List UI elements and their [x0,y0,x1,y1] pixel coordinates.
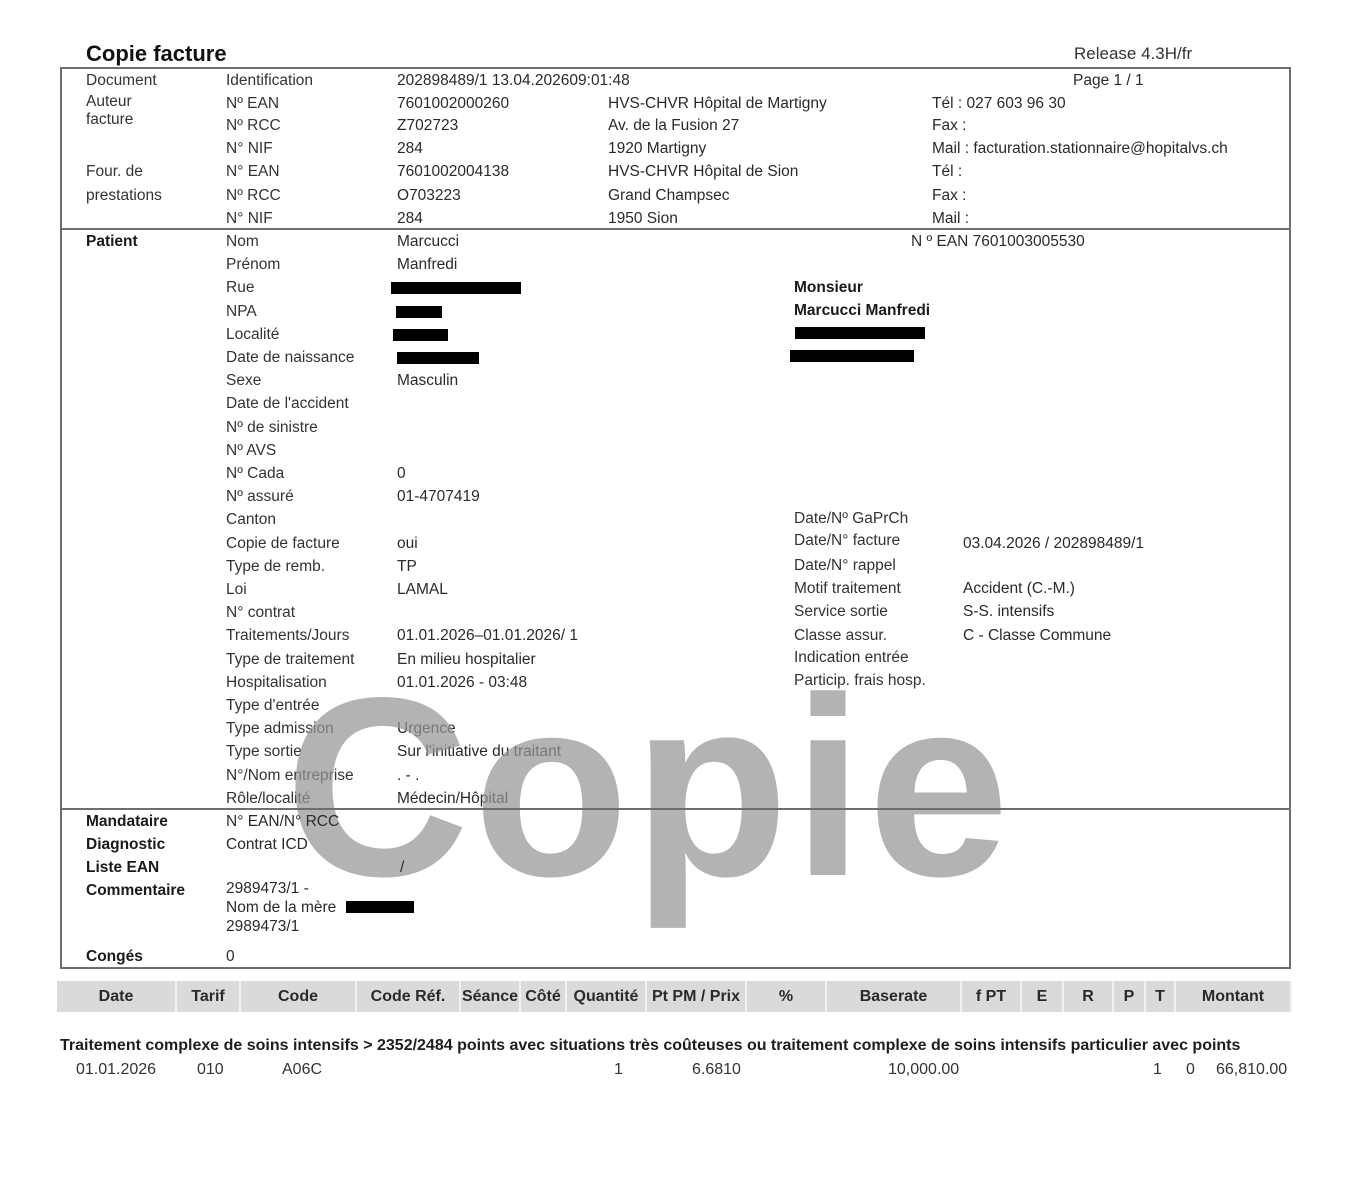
fournisseur-address-line: HVS-CHVR Hôpital de Sion [608,164,798,180]
page-number: Page 1 / 1 [1073,73,1144,89]
fournisseur-field-label: N° NIF [226,211,273,227]
patient-field-label: Hospitalisation [226,675,327,691]
patient-field-label: Date de naissance [226,350,354,366]
patient-field-value: 01.01.2026 - 03:48 [397,675,527,691]
fournisseur-address-line: Grand Champsec [608,188,729,204]
patient-field-label: Prénom [226,257,280,273]
auteur-label-2: facture [86,112,133,128]
fournisseur-address-line: 1950 Sion [608,211,678,227]
auteur-address-line: 1920 Martigny [608,141,706,157]
patient-field-value: Sur l'initiative du traitant [397,744,561,760]
patient-field-label: Rôle/localité [226,791,310,807]
patient-field-label: Type de remb. [226,559,325,575]
invoice-field-label: Classe assur. [794,628,887,644]
diagnostic-label: Diagnostic [86,837,165,853]
auteur-address-line: HVS-CHVR Hôpital de Martigny [608,96,827,112]
patient-field-label: Date de l'accident [226,396,349,412]
service-cell-t: 0 [1186,1062,1195,1078]
invoice-field-label: Date/Nº GaPrCh [794,511,908,527]
auteur-field-label: N° NIF [226,141,273,157]
redacted-value [397,352,479,364]
auteur-contact-line: Tél : 027 603 96 30 [932,96,1066,112]
invoice-field-value: 03.04.2026 / 202898489/1 [963,536,1144,552]
column-header: Pt PM / Prix [647,981,747,1012]
patient-field-value: Masculin [397,373,458,389]
services-table-header: DateTarifCodeCode Réf.SéanceCôtéQuantité… [57,981,1292,1012]
column-header: Montant [1176,981,1292,1012]
patient-field-label: Sexe [226,373,261,389]
invoice-field-label: Service sortie [794,604,888,620]
fournisseur-contact-line: Mail : [932,211,969,227]
column-header: Date [57,981,177,1012]
invoice-field-label: Particip. frais hosp. [794,673,926,689]
patient-field-label: Nº Cada [226,466,284,482]
redacted-value [391,282,521,294]
patient-field-label: Type sortie [226,744,302,760]
patient-field-value: 01-4707419 [397,489,480,505]
patient-ean: N º EAN 7601003005530 [911,234,1085,250]
invoice-field-label: Date/N° rappel [794,558,896,574]
fournisseur-contact-line: Tél : [932,164,962,180]
patient-field-label: Traitements/Jours [226,628,349,644]
invoice-field-value: C - Classe Commune [963,628,1111,644]
column-header: T [1146,981,1176,1012]
column-header: Baserate [827,981,962,1012]
patient-field-value: 01.01.2026–01.01.2026/ 1 [397,628,578,644]
liste-ean-value: / [400,860,404,876]
fournisseur-label-2: prestations [86,188,162,204]
identification-label: Identification [226,73,313,89]
service-cell-quantite: 1 [614,1062,623,1078]
invoice-field-label: Date/N° facture [794,533,900,549]
patient-field-value: Manfredi [397,257,457,273]
release-version: Release 4.3H/fr [1074,45,1192,62]
service-cell-code: A06C [282,1062,322,1078]
column-header: f PT [962,981,1022,1012]
commentaire-line-1: 2989473/1 - [226,881,309,897]
recipient-salutation: Monsieur [794,280,863,296]
column-header: Code [241,981,357,1012]
service-cell-tarif: 010 [197,1062,224,1078]
column-header: R [1064,981,1114,1012]
patient-field-label: N°/Nom entreprise [226,768,354,784]
auteur-contact-line: Mail : facturation.stationnaire@hopitalv… [932,141,1228,157]
patient-field-label: Rue [226,280,254,296]
patient-field-label: Type de traitement [226,652,354,668]
redacted-value [396,306,442,318]
fournisseur-field-value: 7601002004138 [397,164,509,180]
patient-field-value: LAMAL [397,582,448,598]
liste-ean-label: Liste EAN [86,860,159,876]
patient-field-label: Localité [226,327,279,343]
commentaire-line-2: Nom de la mère [226,900,336,916]
redacted-value [393,329,448,341]
patient-field-value: Médecin/Hôpital [397,791,508,807]
auteur-contact-line: Fax : [932,118,966,134]
invoice-field-value: Accident (C.-M.) [963,581,1075,597]
column-header: Code Réf. [357,981,461,1012]
document-label: Document [86,73,157,89]
column-header: Séance [461,981,521,1012]
fournisseur-label-1: Four. de [86,164,143,180]
service-group-description: Traitement complexe de soins intensifs >… [60,1038,1240,1054]
fournisseur-field-value: 284 [397,211,423,227]
recipient-city-redacted [790,350,914,362]
mandataire-value: N° EAN/N° RCC [226,814,339,830]
patient-field-label: Nº AVS [226,443,276,459]
patient-field-label: Nom [226,234,259,250]
invoice-field-label: Indication entrée [794,650,909,666]
patient-field-value: Marcucci [397,234,459,250]
patient-field-value: . - . [397,768,419,784]
patient-field-label: Nº de sinistre [226,420,318,436]
patient-field-label: Canton [226,512,276,528]
invoice-field-value: S-S. intensifs [963,604,1054,620]
identification-value: 202898489/1 13.04.202609:01:48 [397,73,630,89]
auteur-field-value: 284 [397,141,423,157]
service-cell-date: 01.01.2026 [76,1062,156,1078]
auteur-address-line: Av. de la Fusion 27 [608,118,739,134]
patient-field-value: En milieu hospitalier [397,652,536,668]
service-cell-baserate: 10,000.00 [888,1062,959,1078]
patient-field-value: TP [397,559,417,575]
patient-field-label: Loi [226,582,247,598]
patient-field-label: Type d'entrée [226,698,319,714]
service-cell-montant: 66,810.00 [1216,1062,1287,1078]
diagnostic-value: Contrat ICD [226,837,308,853]
invoice-field-label: Motif traitement [794,581,901,597]
column-header: Côté [521,981,567,1012]
service-cell-pt-pm-prix: 6.6810 [692,1062,741,1078]
column-header: % [747,981,827,1012]
column-header: E [1022,981,1064,1012]
mandataire-label: Mandataire [86,814,168,830]
commentaire-line-3: 2989473/1 [226,919,299,935]
auteur-field-label: Nº RCC [226,118,281,134]
conges-value: 0 [226,949,235,965]
column-header: Tarif [177,981,241,1012]
patient-field-value: oui [397,536,418,552]
auteur-label-1: Auteur [86,94,132,110]
column-header: P [1114,981,1146,1012]
recipient-street-redacted [795,327,925,339]
commentaire-label: Commentaire [86,883,185,899]
auteur-field-value: 7601002000260 [397,96,509,112]
fournisseur-field-label: N° EAN [226,164,280,180]
service-cell-p: 1 [1153,1062,1162,1078]
auteur-field-label: Nº EAN [226,96,279,112]
recipient-name: Marcucci Manfredi [794,303,930,319]
auteur-field-value: Z702723 [397,118,458,134]
mother-name-redacted [346,901,414,913]
patient-field-label: Type admission [226,721,334,737]
patient-section-label: Patient [86,234,138,250]
patient-field-value: Urgence [397,721,456,737]
fournisseur-contact-line: Fax : [932,188,966,204]
patient-field-value: 0 [397,466,406,482]
column-header: Quantité [567,981,647,1012]
fournisseur-field-value: O703223 [397,188,461,204]
patient-field-label: N° contrat [226,605,295,621]
patient-field-label: Copie de facture [226,536,340,552]
patient-field-label: Nº assuré [226,489,294,505]
fournisseur-field-label: Nº RCC [226,188,281,204]
document-title: Copie facture [86,43,227,65]
conges-label: Congés [86,949,143,965]
patient-field-label: NPA [226,304,257,320]
